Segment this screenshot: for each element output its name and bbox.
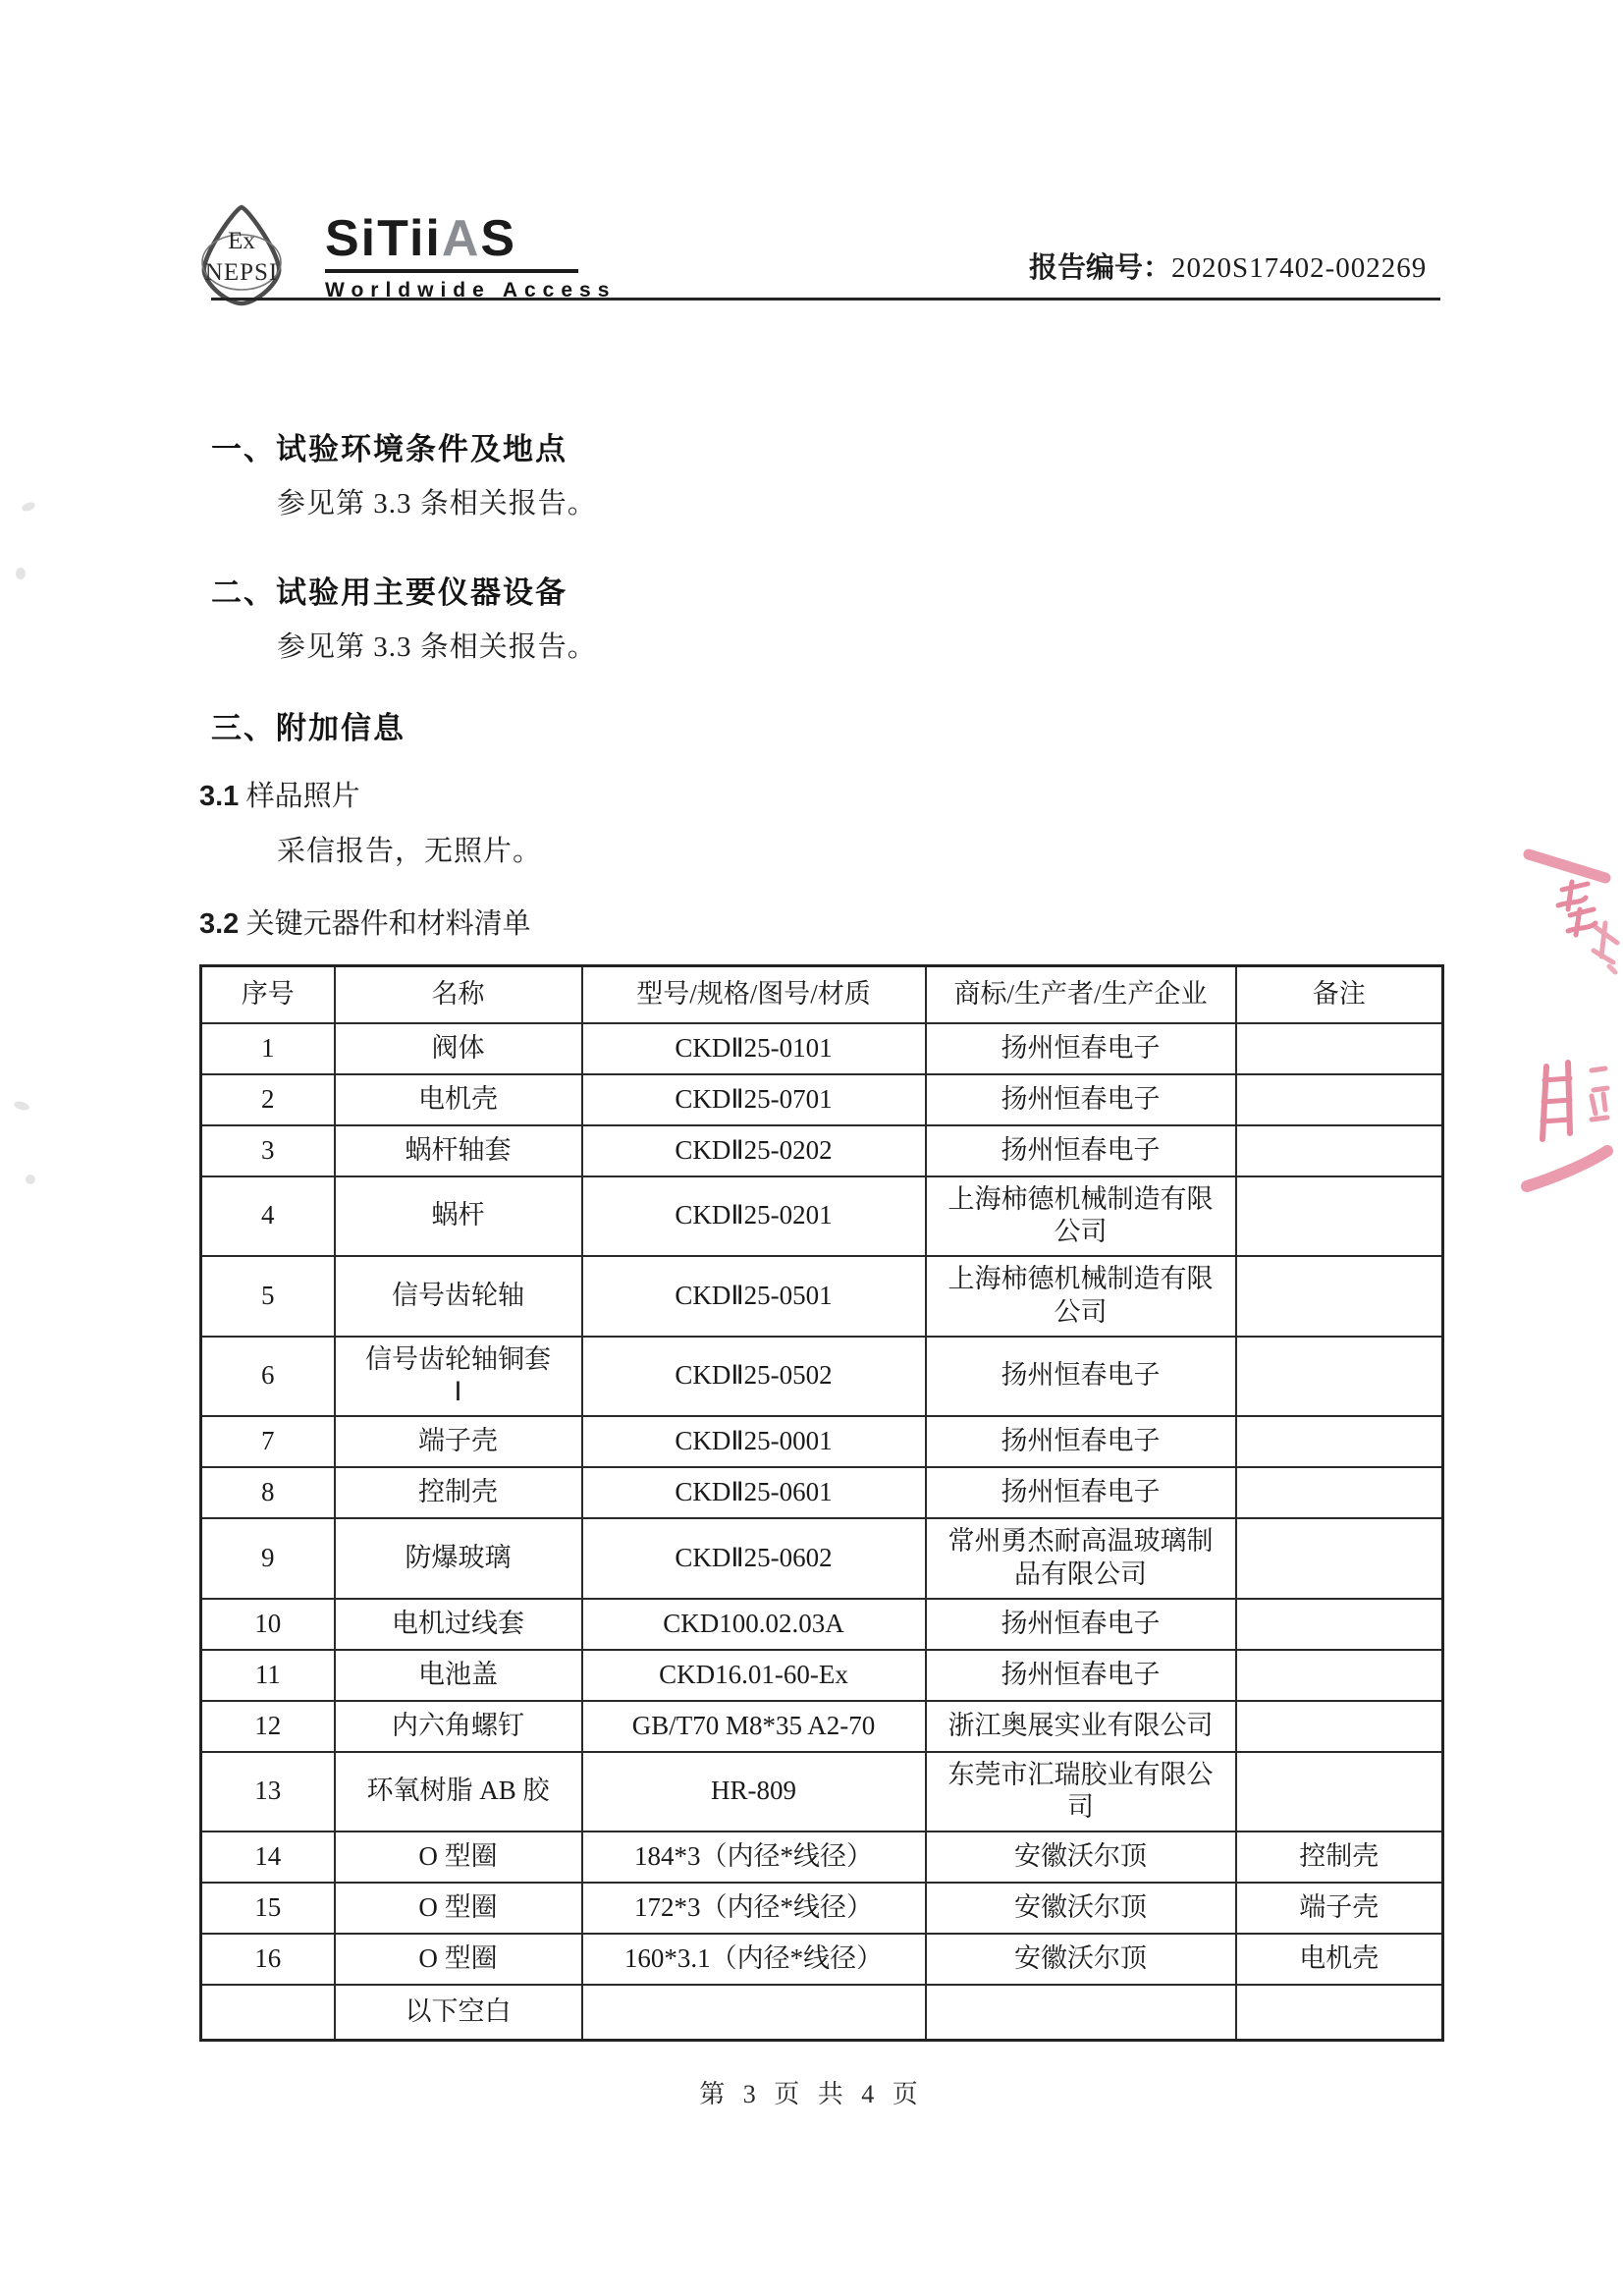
table-cell: 端子壳	[335, 1416, 582, 1467]
table-cell: 扬州恒春电子	[926, 1650, 1236, 1701]
section-1-heading: 一、试验环境条件及地点	[211, 424, 568, 468]
table-cell: CKDⅡ25-0701	[582, 1074, 926, 1125]
table-cell: 1	[201, 1023, 335, 1074]
table-cell	[582, 1985, 926, 2040]
table-column-header: 型号/规格/图号/材质	[582, 966, 926, 1023]
table-cell: 扬州恒春电子	[926, 1074, 1236, 1125]
section-2-heading: 二、试验用主要仪器设备	[211, 568, 568, 612]
table-column-header: 名称	[335, 966, 582, 1023]
table-cell: 上海柿德机械制造有限 公司	[926, 1176, 1236, 1257]
key-components-table: 序号名称型号/规格/图号/材质商标/生产者/生产企业备注 1阀体CKDⅡ25-0…	[199, 964, 1444, 2042]
section-3-2-label: 3.2 关键元器件和材料清单	[199, 902, 531, 942]
table-column-header: 商标/生产者/生产企业	[926, 966, 1236, 1023]
table-cell: 184*3（内径*线径）	[582, 1831, 926, 1883]
table-cell	[1236, 1176, 1443, 1257]
table-cell: O 型圈	[335, 1831, 582, 1883]
table-cell	[926, 1985, 1236, 2040]
table-cell: 扬州恒春电子	[926, 1416, 1236, 1467]
table-cell: 3	[201, 1125, 335, 1176]
report-number: 报告编号：2020S17402-002269	[1029, 246, 1427, 286]
table-cell: 内六角螺钉	[335, 1701, 582, 1752]
nepsi-ex-mark-icon: Ex NEPSI	[180, 201, 303, 311]
table-cell: 电机壳	[1236, 1934, 1443, 1985]
scan-smudge	[21, 501, 36, 513]
section-3-heading: 三、附加信息	[211, 703, 406, 747]
table-cell: 15	[201, 1883, 335, 1934]
table-cell: 信号齿轮轴铜套 Ⅰ	[335, 1337, 582, 1417]
table-cell: CKDⅡ25-0602	[582, 1518, 926, 1599]
svg-text:Ex: Ex	[228, 228, 255, 254]
table-cell: O 型圈	[335, 1883, 582, 1934]
table-cell	[1236, 1650, 1443, 1701]
section-3-1-body: 采信报告，无照片。	[277, 829, 542, 869]
table-cell: 防爆玻璃	[335, 1518, 582, 1599]
table-cell: GB/T70 M8*35 A2-70	[582, 1701, 926, 1752]
table-cell: 控制壳	[335, 1467, 582, 1518]
table-cell: 14	[201, 1831, 335, 1883]
table-cell: CKD100.02.03A	[582, 1599, 926, 1650]
table-cell: 环氧树脂 AB 胶	[335, 1752, 582, 1832]
table-column-header: 序号	[201, 966, 335, 1023]
table-cell: 以下空白	[335, 1985, 582, 2040]
table-cell: 扬州恒春电子	[926, 1467, 1236, 1518]
table-cell: 5	[201, 1256, 335, 1337]
table-row: 4蜗杆CKDⅡ25-0201上海柿德机械制造有限 公司	[201, 1176, 1443, 1257]
report-number-label: 报告编号：	[1029, 252, 1171, 284]
table-row: 8控制壳CKDⅡ25-0601扬州恒春电子	[201, 1467, 1443, 1518]
table-row: 以下空白	[201, 1985, 1443, 2040]
scan-smudge	[16, 568, 26, 579]
table-cell: 安徽沃尔顶	[926, 1883, 1236, 1934]
table-cell: 蜗杆	[335, 1176, 582, 1257]
table-cell: 安徽沃尔顶	[926, 1934, 1236, 1985]
table-body: 1阀体CKDⅡ25-0101扬州恒春电子2电机壳CKDⅡ25-0701扬州恒春电…	[201, 1023, 1443, 2041]
red-stamp-fragment-top-icon	[1511, 833, 1623, 980]
table-cell	[1236, 1337, 1443, 1417]
table-cell: 控制壳	[1236, 1831, 1443, 1883]
table-cell: 9	[201, 1518, 335, 1599]
table-row: 3蜗杆轴套CKDⅡ25-0202扬州恒春电子	[201, 1125, 1443, 1176]
table-cell	[1236, 1701, 1443, 1752]
section-3-1-label: 3.1 样品照片	[199, 774, 360, 814]
table-cell: 2	[201, 1074, 335, 1125]
table-cell: 电池盖	[335, 1650, 582, 1701]
table-row: 5信号齿轮轴CKDⅡ25-0501上海柿德机械制造有限 公司	[201, 1256, 1443, 1337]
table-cell: CKDⅡ25-0501	[582, 1256, 926, 1337]
table-header-row: 序号名称型号/规格/图号/材质商标/生产者/生产企业备注	[201, 966, 1443, 1023]
table-cell: CKD16.01-60-Ex	[582, 1650, 926, 1701]
table-row: 13环氧树脂 AB 胶HR-809东莞市汇瑞胶业有限公 司	[201, 1752, 1443, 1832]
table-cell: 蜗杆轴套	[335, 1125, 582, 1176]
table-column-header: 备注	[1236, 966, 1443, 1023]
table-cell: 172*3（内径*线径）	[582, 1883, 926, 1934]
table-cell: 6	[201, 1337, 335, 1417]
section-3-2-title: 关键元器件和材料清单	[246, 908, 531, 940]
table-cell: 扬州恒春电子	[926, 1125, 1236, 1176]
table-row: 15O 型圈172*3（内径*线径）安徽沃尔顶端子壳	[201, 1883, 1443, 1934]
table-cell: 电机过线套	[335, 1599, 582, 1650]
section-1-body: 参见第 3.3 条相关报告。	[277, 481, 597, 521]
table-cell	[1236, 1416, 1443, 1467]
page-number-footer: 第 3 页 共 4 页	[0, 2074, 1623, 2110]
wordmark-underline	[325, 269, 578, 273]
section-3-1-title: 样品照片	[246, 781, 360, 812]
table-cell: O 型圈	[335, 1934, 582, 1985]
table-cell: 东莞市汇瑞胶业有限公 司	[926, 1752, 1236, 1832]
header-logo: Ex NEPSI SiTiiAS Worldwide Access	[180, 201, 616, 311]
table-cell: 扬州恒春电子	[926, 1023, 1236, 1074]
table-cell: 10	[201, 1599, 335, 1650]
table-cell: CKDⅡ25-0601	[582, 1467, 926, 1518]
table-cell: 端子壳	[1236, 1883, 1443, 1934]
table-cell	[1236, 1125, 1443, 1176]
table-cell: 上海柿德机械制造有限 公司	[926, 1256, 1236, 1337]
wordmark-suffix: S	[480, 210, 516, 267]
table-cell: 浙江奥展实业有限公司	[926, 1701, 1236, 1752]
table-cell: 7	[201, 1416, 335, 1467]
table-cell: 8	[201, 1467, 335, 1518]
table-cell: 信号齿轮轴	[335, 1256, 582, 1337]
header-divider	[211, 298, 1440, 301]
table-cell: HR-809	[582, 1752, 926, 1832]
table-row: 11电池盖CKD16.01-60-Ex扬州恒春电子	[201, 1650, 1443, 1701]
scan-smudge	[13, 1100, 30, 1112]
logo-wordmark-text: SiTiiAS	[325, 213, 616, 264]
table-cell	[1236, 1256, 1443, 1337]
table-cell	[1236, 1985, 1443, 2040]
table-row: 12内六角螺钉GB/T70 M8*35 A2-70浙江奥展实业有限公司	[201, 1701, 1443, 1752]
table-cell: 电机壳	[335, 1074, 582, 1125]
table-row: 2电机壳CKDⅡ25-0701扬州恒春电子	[201, 1074, 1443, 1125]
table-cell: 阀体	[335, 1023, 582, 1074]
scan-smudge	[26, 1175, 35, 1184]
table-cell	[1236, 1518, 1443, 1599]
table-row: 1阀体CKDⅡ25-0101扬州恒春电子	[201, 1023, 1443, 1074]
table-cell: 安徽沃尔顶	[926, 1831, 1236, 1883]
table-cell: 160*3.1（内径*线径）	[582, 1934, 926, 1985]
table-cell: CKDⅡ25-0001	[582, 1416, 926, 1467]
table-cell: 扬州恒春电子	[926, 1599, 1236, 1650]
table-row: 14O 型圈184*3（内径*线径）安徽沃尔顶控制壳	[201, 1831, 1443, 1883]
table-cell	[201, 1985, 335, 2040]
table-cell	[1236, 1752, 1443, 1832]
table-cell: 13	[201, 1752, 335, 1832]
table-cell	[1236, 1023, 1443, 1074]
table-cell: CKDⅡ25-0101	[582, 1023, 926, 1074]
table-cell: CKDⅡ25-0202	[582, 1125, 926, 1176]
logo-wordmark: SiTiiAS Worldwide Access	[325, 213, 616, 302]
red-stamp-fragment-bottom-icon	[1509, 1049, 1623, 1206]
table-cell: 扬州恒春电子	[926, 1337, 1236, 1417]
table-row: 9防爆玻璃CKDⅡ25-0602常州勇杰耐高温玻璃制 品有限公司	[201, 1518, 1443, 1599]
section-3-2-number: 3.2	[199, 908, 239, 940]
table-cell: 11	[201, 1650, 335, 1701]
svg-text:NEPSI: NEPSI	[205, 259, 278, 286]
wordmark-a: A	[442, 210, 481, 267]
section-2-body: 参见第 3.3 条相关报告。	[277, 625, 597, 665]
table-cell: CKDⅡ25-0502	[582, 1337, 926, 1417]
table-cell	[1236, 1467, 1443, 1518]
report-number-value: 2020S17402-002269	[1171, 252, 1427, 284]
table-row: 7端子壳CKDⅡ25-0001扬州恒春电子	[201, 1416, 1443, 1467]
table-cell: 16	[201, 1934, 335, 1985]
table-header: 序号名称型号/规格/图号/材质商标/生产者/生产企业备注	[201, 966, 1443, 1023]
table-cell	[1236, 1074, 1443, 1125]
table-row: 6信号齿轮轴铜套 ⅠCKDⅡ25-0502扬州恒春电子	[201, 1337, 1443, 1417]
table-row: 16O 型圈160*3.1（内径*线径）安徽沃尔顶电机壳	[201, 1934, 1443, 1985]
table-cell: 12	[201, 1701, 335, 1752]
table-cell: 常州勇杰耐高温玻璃制 品有限公司	[926, 1518, 1236, 1599]
table-row: 10电机过线套CKD100.02.03A扬州恒春电子	[201, 1599, 1443, 1650]
wordmark-prefix: SiTii	[325, 210, 442, 267]
section-3-1-number: 3.1	[199, 781, 239, 812]
table-cell: 4	[201, 1176, 335, 1257]
report-page: Ex NEPSI SiTiiAS Worldwide Access 报告编号：2…	[0, 0, 1623, 2296]
table-cell	[1236, 1599, 1443, 1650]
table-cell: CKDⅡ25-0201	[582, 1176, 926, 1257]
